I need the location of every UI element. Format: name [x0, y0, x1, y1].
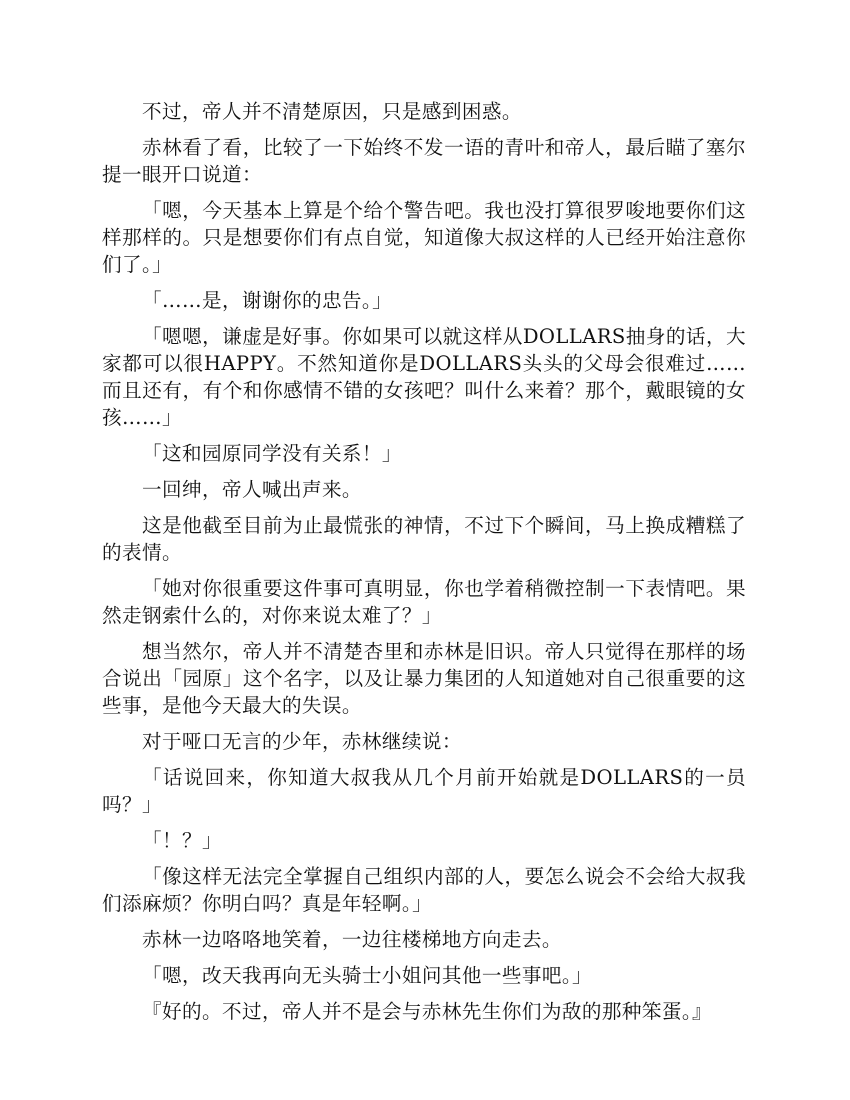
- paragraph-narration: 想当然尔，帝人并不清楚杏里和赤林是旧识。帝人只觉得在那样的场合说出「园原」这个名…: [102, 638, 746, 719]
- paragraph-dialogue: 「她对你很重要这件事可真明显，你也学着稍微控制一下表情吧。果然走钢索什么的，对你…: [102, 575, 746, 629]
- paragraph-narration: 不过，帝人并不清楚原因，只是感到困惑。: [102, 98, 746, 125]
- paragraph-dialogue: 「这和园原同学没有关系！」: [102, 440, 746, 467]
- paragraph-narration: 这是他截至目前为止最慌张的神情，不过下个瞬间，马上换成糟糕了的表情。: [102, 512, 746, 566]
- paragraph-dialogue: 「！？」: [102, 827, 746, 854]
- paragraph-dialogue: 「话说回来，你知道大叔我从几个月前开始就是DOLLARS的一员吗？」: [102, 764, 746, 818]
- paragraph-narration: 赤林看了看，比较了一下始终不发一语的青叶和帝人，最后瞄了塞尔提一眼开口说道：: [102, 134, 746, 188]
- paragraph-dialogue: 「……是，谢谢你的忠告。」: [102, 287, 746, 314]
- paragraph-dialogue: 「嗯，今天基本上算是个给个警告吧。我也没打算很罗唆地要你们这样那样的。只是想要你…: [102, 197, 746, 278]
- document-page: 不过，帝人并不清楚原因，只是感到困惑。 赤林看了看，比较了一下始终不发一语的青叶…: [102, 98, 746, 1034]
- paragraph-dialogue: 「嗯嗯，谦虚是好事。你如果可以就这样从DOLLARS抽身的话，大家都可以很HAP…: [102, 323, 746, 431]
- paragraph-narration: 对于哑口无言的少年，赤林继续说：: [102, 728, 746, 755]
- paragraph-dialogue: 「嗯，改天我再向无头骑士小姐问其他一些事吧。」: [102, 962, 746, 989]
- paragraph-dialogue: 「像这样无法完全掌握自己组织内部的人，要怎么说会不会给大叔我们添麻烦？你明白吗？…: [102, 863, 746, 917]
- paragraph-dialogue: 『好的。不过，帝人并不是会与赤林先生你们为敌的那种笨蛋。』: [102, 998, 746, 1025]
- paragraph-narration: 一回绅，帝人喊出声来。: [102, 476, 746, 503]
- paragraph-narration: 赤林一边咯咯地笑着，一边往楼梯地方向走去。: [102, 926, 746, 953]
